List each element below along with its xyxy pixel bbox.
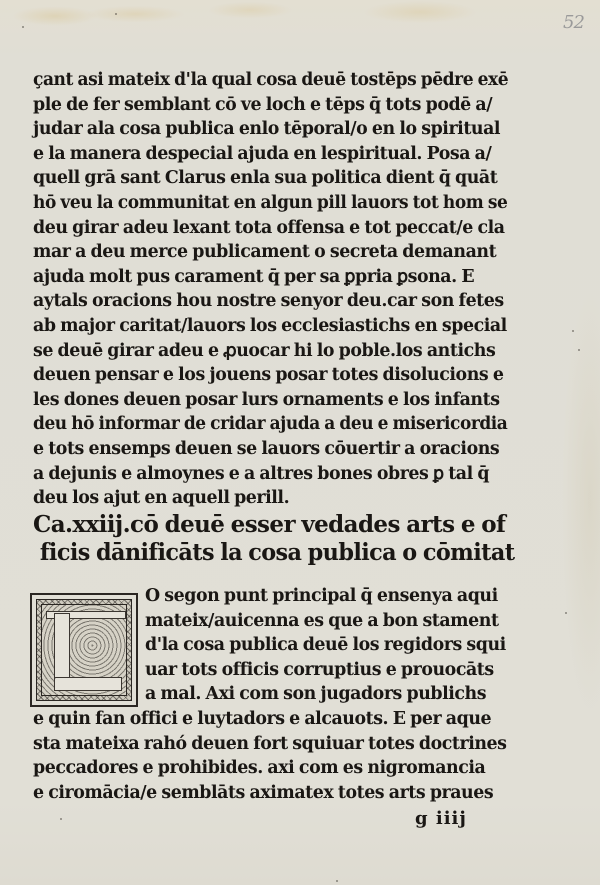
text-line: deu los ajut en aquell perill.	[33, 486, 508, 511]
text-line: sta mateixa rahó deuen fort squiuar tote…	[33, 732, 508, 757]
text-line: hō veu la communitat en algun pill lauor…	[33, 191, 498, 216]
folio-number-pencil: 52	[563, 12, 584, 33]
text-line: ple de fer semblant cō ve loch e tēps q̄…	[33, 93, 508, 118]
text-line: deu hō informar de cridar ajuda a deu e …	[33, 412, 497, 437]
text-line: quell grā sant Clarus enla sua politica …	[33, 166, 508, 191]
text-line: mar a deu merce publicament o secreta de…	[33, 240, 508, 265]
text-line: d'la cosa publica deuē los regidors squi	[33, 633, 508, 658]
text-line: e tots ensemps deuen se lauors cōuertir …	[33, 437, 508, 462]
chapter-heading-line: ficis dānificāts la cosa publica o cōmit…	[40, 539, 501, 567]
text-line: se deuē girar adeu e ꝓuocar hi lo poble.…	[33, 339, 508, 364]
signature-mark: g iiij	[415, 808, 467, 829]
text-line: peccadores e prohibides. axi com es nigr…	[33, 756, 508, 781]
text-line: e la manera despecial ajuda en lespiritu…	[33, 142, 508, 167]
text-line: deu girar adeu lexant tota offensa e tot…	[33, 216, 508, 241]
text-line: mateix/auicenna es que a bon stament	[33, 609, 508, 634]
text-line: deuen pensar e los jouens posar totes di…	[33, 363, 508, 388]
text-line: a mal. Axi com son jugadors publichs	[33, 682, 508, 707]
text-line: a dejunis e almoynes e a altres bones ob…	[33, 462, 508, 487]
manuscript-page: 52 çant asi mateix d'la qual cosa deuē t…	[0, 0, 600, 885]
text-line: ajuda molt pus carament q̄ per sa ꝑpria …	[33, 265, 508, 290]
text-line: ab major caritat/lauors los ecclesiastic…	[33, 314, 508, 339]
body-text: çant asi mateix d'la qual cosa deuē tost…	[33, 68, 508, 567]
text-line: e quin fan offici e luytadors e alcauots…	[33, 707, 508, 732]
text-line: judar ala cosa publica enlo tēporal/o en…	[33, 117, 508, 142]
text-line: e ciromācia/e semblāts aximatex totes ar…	[33, 781, 508, 806]
text-line: çant asi mateix d'la qual cosa deuē tost…	[33, 68, 499, 93]
text-line: O segon punt principal q̄ ensenya aqui	[33, 584, 508, 609]
text-line: uar tots officis corruptius e prouocāts	[33, 658, 508, 683]
text-line: aytals oracions hou nostre senyor deu.ca…	[33, 289, 508, 314]
chapter-body: O segon punt principal q̄ ensenya aqui m…	[33, 584, 508, 805]
chapter-heading-line: Ca.xxiij.cō deuē esser vedades arts e of	[33, 511, 508, 539]
text-line: les dones deuen posar lurs ornaments e l…	[33, 388, 508, 413]
